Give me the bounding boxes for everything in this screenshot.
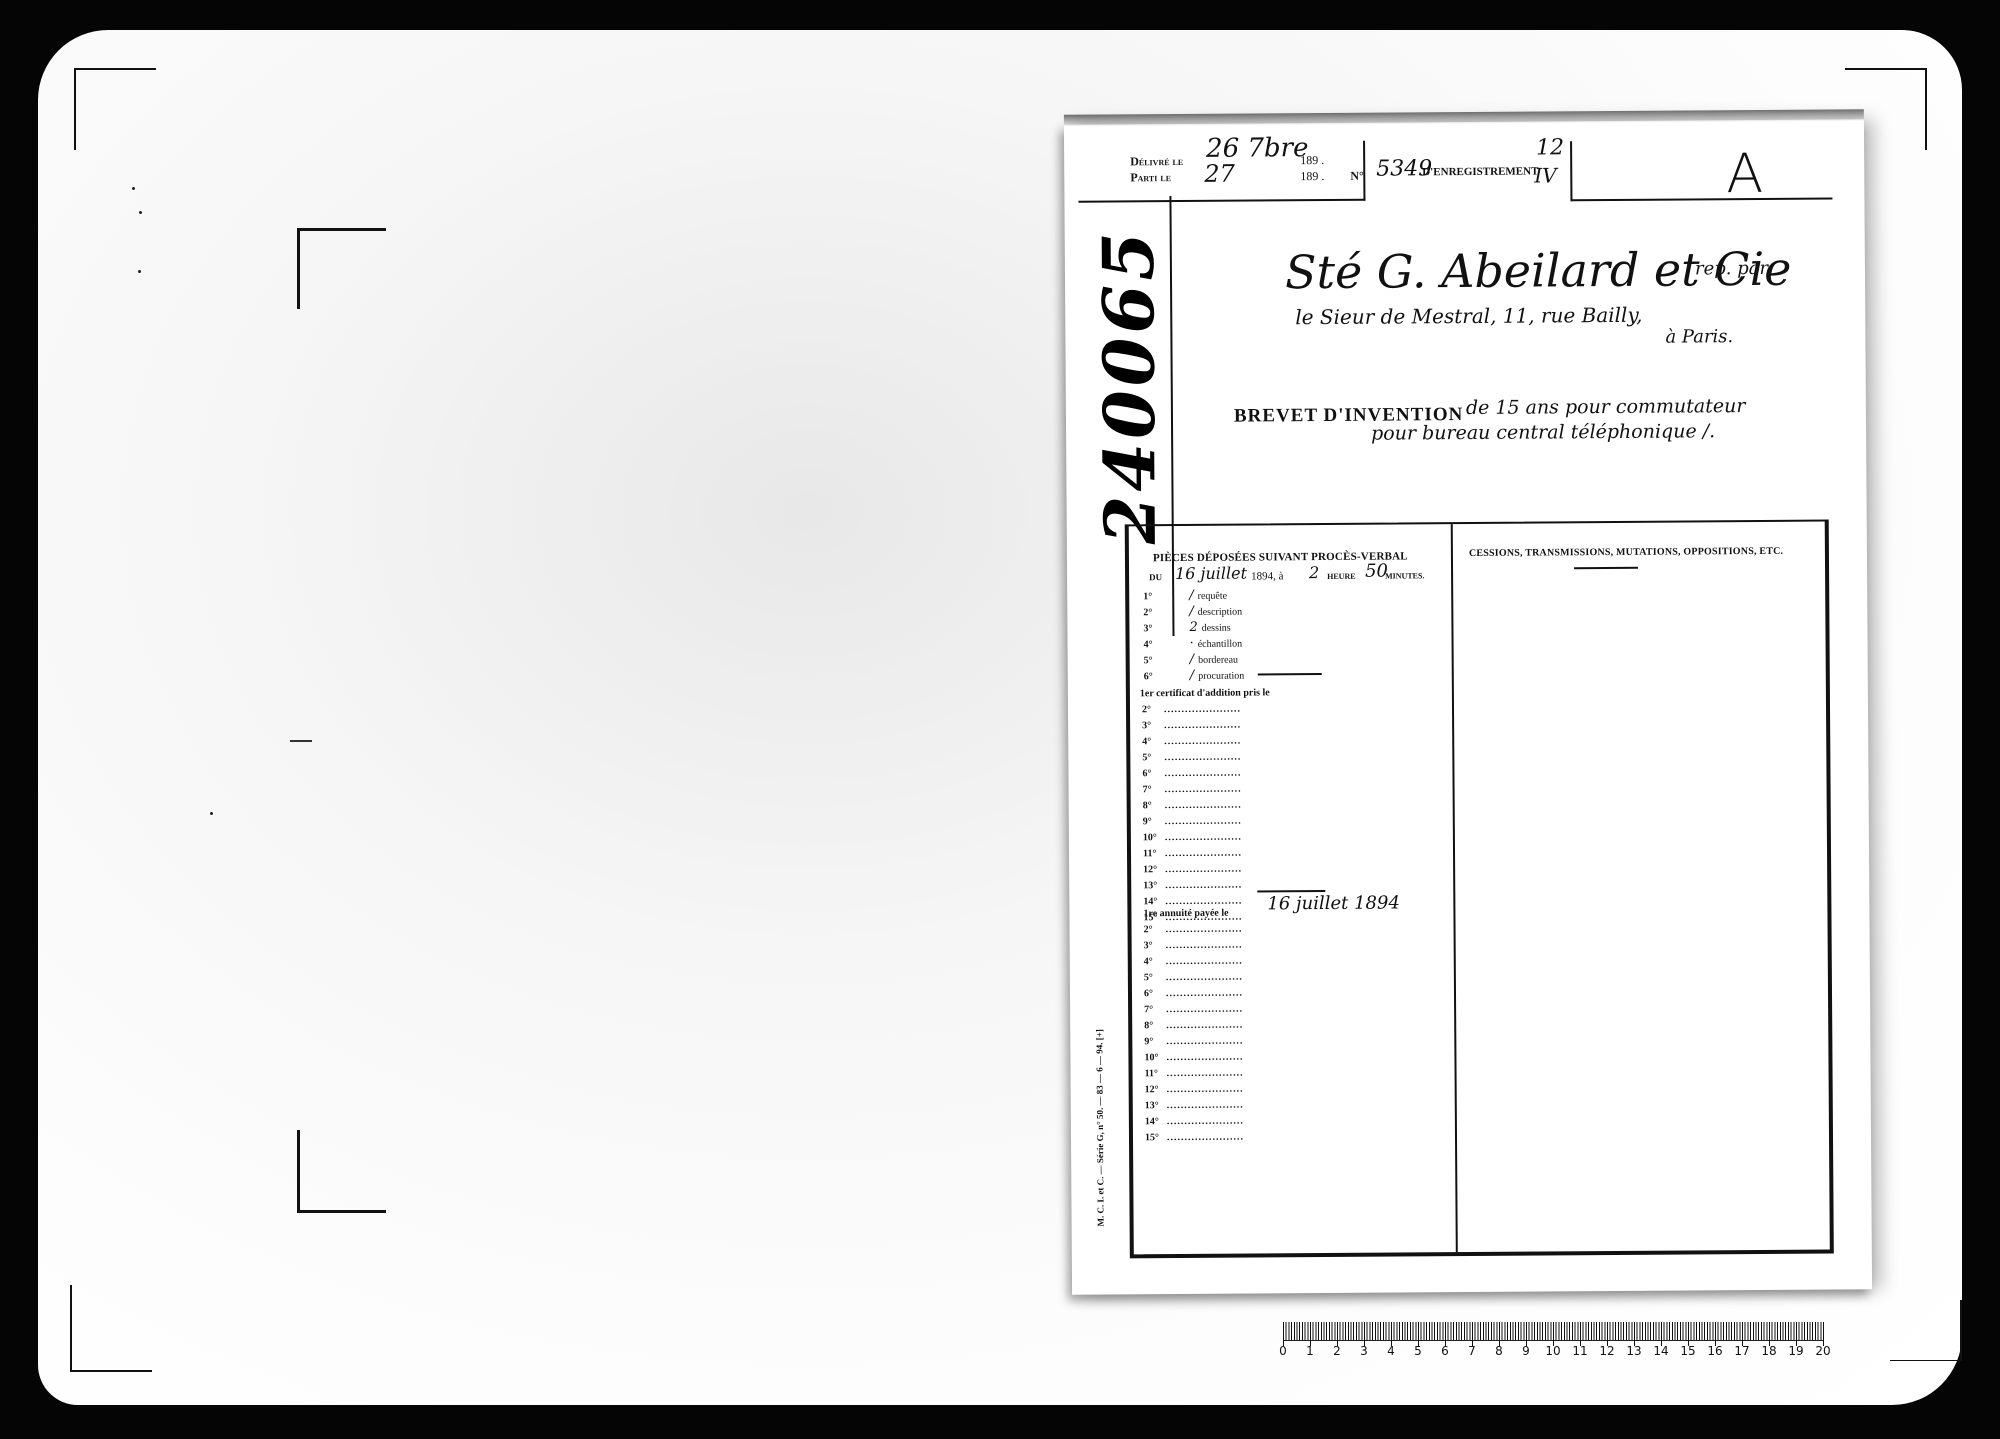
du-label: DU [1149, 572, 1162, 582]
crop-mark-top-left-outer [74, 68, 156, 150]
item-number: 3° [1143, 623, 1189, 634]
dotted-row: 14°...................... [1143, 896, 1242, 908]
dotted-leader: ...................... [1166, 956, 1243, 968]
row-number: 13° [1145, 1100, 1167, 1111]
dotted-leader: ...................... [1164, 768, 1241, 780]
certificate-list: 2°......................3°..............… [1129, 522, 1825, 527]
dotted-row: 14°...................... [1145, 1116, 1244, 1128]
deposited-item: 2°/description [1143, 604, 1242, 620]
dotted-leader: ...................... [1164, 704, 1241, 716]
dotted-row: 13°...................... [1145, 1100, 1244, 1112]
item-label: procuration [1198, 671, 1244, 682]
ruler-label: 4 [1387, 1344, 1395, 1358]
ruler-major-tick [1526, 1322, 1527, 1346]
dotted-leader: ...................... [1166, 924, 1243, 936]
item-mark: / [1190, 668, 1194, 683]
ruler-major-tick [1688, 1322, 1689, 1346]
item-number: 6° [1144, 671, 1190, 682]
dotted-leader: ...................... [1166, 1052, 1243, 1064]
deposited-items-list: 1°/requête2°/description3°2dessins4°·éch… [1129, 522, 1825, 527]
dotted-leader: ...................... [1166, 1020, 1243, 1032]
item-label: échantillon [1198, 639, 1243, 650]
annuity-list: 2°......................3°..............… [1129, 522, 1825, 527]
ruler-label: 15 [1680, 1344, 1695, 1358]
annuity-first-label: 1re annuité payée le [1143, 908, 1228, 920]
dotted-row: 15°...................... [1145, 1132, 1244, 1144]
ruler-major-tick [1742, 1322, 1743, 1346]
dotted-row: 5°...................... [1144, 972, 1243, 984]
ruler-label: 12 [1599, 1344, 1614, 1358]
dotted-leader: ...................... [1167, 1116, 1244, 1128]
ruler-label: 6 [1441, 1344, 1449, 1358]
ruler-label: 11 [1572, 1344, 1587, 1358]
dust-speck [138, 270, 141, 273]
row-number: 2° [1144, 924, 1166, 935]
row-number: 5° [1142, 752, 1164, 763]
ruler-major-tick [1418, 1322, 1419, 1346]
dotted-leader: ...................... [1166, 972, 1243, 984]
row-number: 14° [1145, 1116, 1167, 1127]
scale-ruler: 01234567891011121314151617181920 [1283, 1322, 1823, 1360]
row-number: 3° [1144, 940, 1166, 951]
ruler-label: 3 [1360, 1344, 1368, 1358]
dotted-leader: ...................... [1166, 988, 1243, 1000]
dotted-row: 12°...................... [1143, 864, 1242, 876]
dotted-leader: ...................... [1164, 736, 1241, 748]
delivered-year: 189 . [1300, 153, 1324, 168]
row-number: 3° [1142, 720, 1164, 731]
dotted-row: 2°...................... [1144, 924, 1243, 936]
item-number: 5° [1144, 655, 1190, 666]
departed-year: 189 . [1300, 169, 1324, 184]
row-number: 9° [1143, 816, 1165, 827]
row-number: 15° [1145, 1132, 1167, 1143]
deposit-date-hand: 16 juillet [1175, 564, 1247, 584]
ruler-label: 9 [1522, 1344, 1530, 1358]
dotted-row: 4°...................... [1142, 736, 1241, 748]
ruler-major-tick [1661, 1322, 1662, 1346]
dotted-leader: ...................... [1165, 880, 1242, 892]
ruler-label: 5 [1414, 1344, 1422, 1358]
registration-hand-top: 12 [1536, 135, 1564, 160]
ruler-major-tick [1445, 1322, 1446, 1346]
dotted-leader: ...................... [1165, 784, 1242, 796]
patent-document: Délivré le 26 7bre 189 . Parti le 27 189… [1064, 119, 1872, 1295]
dotted-row: 6°...................... [1144, 988, 1243, 1000]
ruler-major-tick [1607, 1322, 1608, 1346]
deposited-item: 6°/procuration [1144, 668, 1245, 684]
ruler-major-tick [1499, 1322, 1500, 1346]
cessions-title: CESSIONS, TRANSMISSIONS, MUTATIONS, OPPO… [1469, 546, 1783, 559]
dotted-leader: ...................... [1165, 864, 1242, 876]
dotted-leader: ...................... [1166, 940, 1243, 952]
minutes-label: MINUTES. [1385, 571, 1424, 580]
row-number: 10° [1144, 1052, 1166, 1063]
row-number: 8° [1144, 1020, 1166, 1031]
row-number: 6° [1144, 988, 1166, 999]
dotted-row: 10°...................... [1143, 832, 1242, 844]
ruler-major-tick [1283, 1322, 1284, 1346]
ruler-major-tick [1364, 1322, 1365, 1346]
dotted-row: 7°...................... [1143, 784, 1242, 796]
row-number: 2° [1142, 704, 1164, 715]
dotted-row: 11°...................... [1145, 1068, 1244, 1080]
dust-speck [132, 187, 135, 190]
dotted-leader: ...................... [1167, 1132, 1244, 1144]
dotted-row: 12°...................... [1145, 1084, 1244, 1096]
item-number: 2° [1143, 607, 1189, 618]
dotted-row: 7°...................... [1144, 1004, 1243, 1016]
crop-mark-bottom-right-outer [1890, 1300, 1962, 1361]
departed-hand: 27 [1204, 160, 1235, 188]
dotted-row: 8°...................... [1143, 800, 1242, 812]
dotted-row: 3°...................... [1144, 940, 1243, 952]
dotted-row: 5°...................... [1142, 752, 1241, 764]
item-label: dessins [1202, 623, 1231, 634]
dotted-leader: ...................... [1167, 1100, 1244, 1112]
registration-box [1570, 139, 1832, 201]
item-number: 1° [1143, 591, 1189, 602]
registration-hand-bottom: IV [1534, 163, 1557, 187]
dotted-leader: ...................... [1165, 896, 1242, 908]
dotted-row: 2°...................... [1142, 704, 1241, 716]
item-label: requête [1198, 591, 1228, 602]
dotted-leader: ...................... [1166, 1036, 1243, 1048]
dotted-leader: ...................... [1167, 1068, 1244, 1080]
deposited-rule [1258, 673, 1322, 675]
row-number: 7° [1144, 1004, 1166, 1015]
row-number: 5° [1144, 972, 1166, 983]
dotted-leader: ...................... [1164, 720, 1241, 732]
dust-mark [290, 740, 312, 742]
dotted-leader: ...................... [1167, 1084, 1244, 1096]
printer-imprint: M. C. I. et C. — Série G, n° 50. — 83 — … [1094, 1029, 1105, 1227]
row-number: 8° [1143, 800, 1165, 811]
row-number: 9° [1144, 1036, 1166, 1047]
ruler-label: 18 [1761, 1344, 1776, 1358]
ruler-label: 0 [1279, 1344, 1287, 1358]
ruler-major-tick [1310, 1322, 1311, 1346]
ruler-label: 10 [1545, 1344, 1560, 1358]
number-prefix: N° [1350, 169, 1364, 184]
ruler-label: 20 [1815, 1344, 1830, 1358]
row-number: 11° [1143, 848, 1165, 859]
applicant-rep: rep. par [1695, 258, 1768, 280]
ruler-label: 1 [1306, 1344, 1314, 1358]
annuity-first-hand: 16 juillet 1894 [1267, 892, 1400, 914]
certificate-first-label: 1er certificat d'addition pris le [1140, 687, 1270, 699]
ruler-major-tick [1553, 1322, 1554, 1346]
dotted-row: 6°...................... [1142, 768, 1241, 780]
corner-mark: A [1726, 142, 1763, 205]
dotted-leader: ...................... [1165, 848, 1242, 860]
applicant-line2: le Sieur de Mestral, 11, rue Bailly, [1295, 303, 1642, 329]
delivery-box: Délivré le 26 7bre 189 . Parti le 27 189… [1078, 141, 1365, 203]
title-desc-line2: pour bureau central téléphonique /. [1371, 420, 1715, 444]
dotted-row: 11°...................... [1143, 848, 1242, 860]
deposit-hour-hand: 2 [1309, 563, 1319, 582]
ruler-label: 2 [1333, 1344, 1341, 1358]
ruler-major-tick [1391, 1322, 1392, 1346]
row-number: 12° [1145, 1084, 1167, 1095]
deposited-item: 3°2dessins [1143, 620, 1230, 636]
dotted-leader: ...................... [1165, 800, 1242, 812]
crop-mark-bottom-left-inner [297, 1130, 386, 1213]
item-mark: / [1189, 588, 1193, 603]
row-number: 10° [1143, 832, 1165, 843]
dotted-row: 9°...................... [1143, 816, 1242, 828]
deposited-item: 1°/requête [1143, 588, 1227, 604]
row-number: 13° [1143, 880, 1165, 891]
ruler-major-tick [1796, 1322, 1797, 1346]
item-mark: 2 [1189, 620, 1197, 635]
dust-speck [210, 812, 213, 815]
ruler-major-tick [1580, 1322, 1581, 1346]
register-frame: M. C. I. et C. — Série G, n° 50. — 83 — … [1125, 519, 1834, 1258]
ruler-label: 13 [1626, 1344, 1641, 1358]
item-label: bordereau [1198, 655, 1238, 666]
dotted-row: 10°...................... [1144, 1052, 1243, 1064]
row-number: 6° [1142, 768, 1164, 779]
ruler-major-tick [1472, 1322, 1473, 1346]
ruler-major-tick [1634, 1322, 1635, 1346]
item-mark: / [1189, 604, 1193, 619]
dotted-row: 4°...................... [1144, 956, 1243, 968]
dotted-row: 3°...................... [1142, 720, 1241, 732]
ruler-label: 17 [1734, 1344, 1749, 1358]
dotted-row: 8°...................... [1144, 1020, 1243, 1032]
column-divider [1451, 524, 1458, 1252]
deposited-item: 4°·échantillon [1143, 636, 1242, 652]
dotted-leader: ...................... [1165, 816, 1242, 828]
row-number: 11° [1145, 1068, 1167, 1079]
row-number: 12° [1143, 864, 1165, 875]
cessions-rule [1574, 567, 1638, 569]
item-number: 4° [1144, 639, 1190, 650]
registration-label: D'ENREGISTREMENT [1422, 165, 1538, 178]
dotted-row: 13°...................... [1143, 880, 1242, 892]
dotted-leader: ...................... [1164, 752, 1241, 764]
item-mark: / [1190, 652, 1194, 667]
dotted-leader: ...................... [1165, 832, 1242, 844]
row-number: 7° [1143, 784, 1165, 795]
crop-mark-top-left-inner [297, 228, 386, 309]
title-desc-line1: de 15 ans pour commutateur [1466, 395, 1746, 419]
stamp-number: 240065 [1087, 228, 1172, 545]
ruler-label: 14 [1653, 1344, 1668, 1358]
dotted-leader: ...................... [1166, 1004, 1243, 1016]
applicant-line3: à Paris. [1665, 326, 1733, 347]
departed-label: Parti le [1130, 170, 1171, 185]
row-number: 4° [1142, 736, 1164, 747]
deposited-item: 5°/bordereau [1144, 652, 1238, 668]
ruler-major-tick [1337, 1322, 1338, 1346]
delivered-label: Délivré le [1130, 154, 1183, 169]
dust-speck [139, 211, 142, 214]
ruler-label: 19 [1788, 1344, 1803, 1358]
ruler-label: 7 [1468, 1344, 1476, 1358]
dotted-row: 9°...................... [1144, 1036, 1243, 1048]
ruler-major-tick [1769, 1322, 1770, 1346]
deposit-year: 1894, à [1251, 570, 1283, 582]
item-mark: · [1189, 636, 1193, 651]
ruler-major-tick [1715, 1322, 1716, 1346]
item-label: description [1198, 607, 1243, 618]
ruler-label: 16 [1707, 1344, 1722, 1358]
ruler-label: 8 [1495, 1344, 1503, 1358]
ruler-major-tick [1823, 1322, 1824, 1346]
hour-label: HEURE [1327, 572, 1356, 581]
crop-mark-bottom-left-outer [70, 1285, 152, 1372]
row-number: 14° [1143, 896, 1165, 907]
row-number: 4° [1144, 956, 1166, 967]
